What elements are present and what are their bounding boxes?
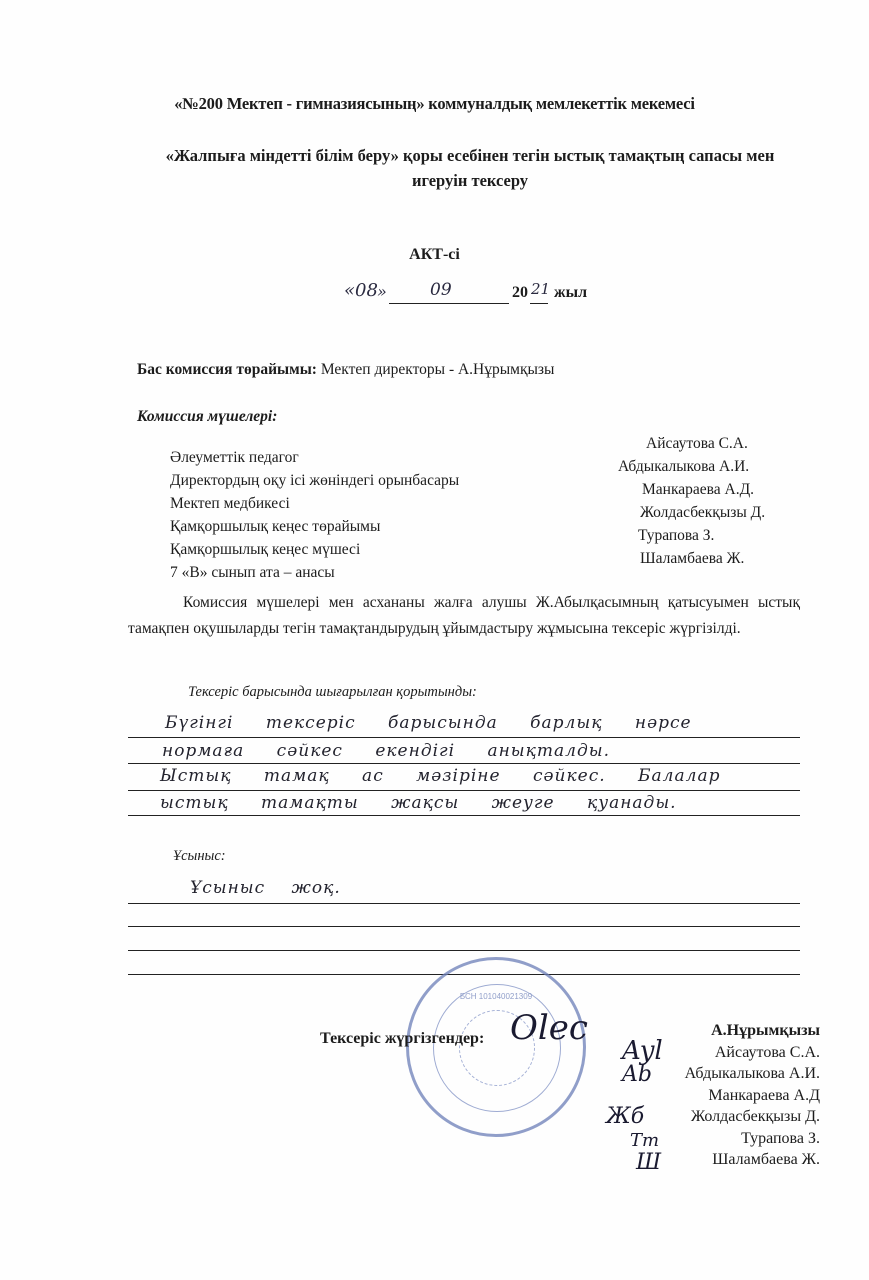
recommendation-line-2 xyxy=(128,926,800,927)
members-label: Комиссия мүшелері: xyxy=(137,408,277,426)
act-title: АКТ-сі xyxy=(0,246,869,264)
date-day: 08 xyxy=(355,280,378,301)
member-name: Манкараева А.Д. xyxy=(600,478,765,501)
date-year-word: жыл xyxy=(554,284,587,302)
commission-chair: Бас комиссия төрайымы: Мектеп директоры … xyxy=(137,361,554,379)
institution-title: «№200 Мектеп - гимназиясының» коммуналды… xyxy=(0,94,869,114)
conclusion-label: Тексеріс барысында шығарылған қорытынды: xyxy=(188,684,477,701)
signers-list: А.Нұрымқызы Айсаутова С.А. Абдыкалыкова … xyxy=(560,1020,820,1171)
member-name: Турапова З. xyxy=(600,524,765,547)
date-year-prefix: 20 xyxy=(512,284,528,302)
member-name: Айсаутова С.А. xyxy=(600,432,765,455)
recommendation-line-3 xyxy=(128,950,800,951)
signer-name: Айсаутова С.А. xyxy=(560,1042,820,1064)
conclusion-handwriting-3: Ыстық тамақ ас мәзіріне сәйкес. Балалар xyxy=(160,766,720,786)
signer-name: Жолдасбекқызы Д. xyxy=(560,1106,820,1128)
signer-name: А.Нұрымқызы xyxy=(560,1020,820,1042)
chair-value: Мектеп директоры - А.Нұрымқызы xyxy=(321,361,555,378)
chair-label: Бас комиссия төрайымы: xyxy=(137,361,317,378)
date-close-quote: » xyxy=(377,282,387,301)
member-role: 7 «В» сынып ата – анасы xyxy=(170,561,459,584)
date-month: 09 xyxy=(430,280,452,300)
member-name: Жолдасбекқызы Д. xyxy=(600,501,765,524)
act-date: « 08 » 09 20 21 жыл xyxy=(344,278,604,308)
signer-name: Абдыкалыкова А.И. xyxy=(560,1063,820,1085)
stamp-bin-text: БСН 101040021309 xyxy=(409,992,583,1001)
member-name: Абдыкалыкова А.И. xyxy=(600,455,765,478)
signer-name: Шаламбаева Ж. xyxy=(560,1149,820,1171)
date-year-suffix: 21 xyxy=(531,280,550,298)
conclusion-line-1 xyxy=(128,737,800,738)
recommendation-handwriting: Ұсыныс жоқ. xyxy=(190,878,341,898)
body-paragraph-text: Комиссия мүшелері мен асхананы жалға алу… xyxy=(128,594,800,637)
conclusion-handwriting-4: ыстық тамақты жақсы жеуге қуанады. xyxy=(160,793,677,813)
body-paragraph: Комиссия мүшелері мен асхананы жалға алу… xyxy=(128,590,800,642)
conclusion-line-4 xyxy=(128,815,800,816)
conclusion-handwriting-1: Бүгінгі тексеріс барысында барлық нәрсе xyxy=(165,713,692,733)
member-role: Әлеуметтік педагог xyxy=(170,446,459,469)
signer-name: Турапова З. xyxy=(560,1128,820,1150)
conclusion-handwriting-2: нормаға сәйкес екендігі анықталды. xyxy=(162,741,610,761)
date-month-underline xyxy=(389,303,509,304)
member-roles-list: Әлеуметтік педагог Директордың оқу ісі ж… xyxy=(170,446,459,584)
member-name: Шаламбаева Ж. xyxy=(600,547,765,570)
document-subject: «Жалпыға міндетті білім беру» қоры есебі… xyxy=(140,143,800,193)
recommendation-line-1 xyxy=(128,903,800,904)
conclusion-line-3 xyxy=(128,790,800,791)
member-role: Қамқоршылық кеңес төрайымы xyxy=(170,515,459,538)
date-open-quote: « xyxy=(344,280,355,301)
conclusion-line-2 xyxy=(128,763,800,764)
signer-name: Манкараева А.Д xyxy=(560,1085,820,1107)
member-role: Мектеп медбикесі xyxy=(170,492,459,515)
member-role: Директордың оқу ісі жөніндегі орынбасары xyxy=(170,469,459,492)
member-role: Қамқоршылық кеңес мүшесі xyxy=(170,538,459,561)
date-year-underline xyxy=(530,303,548,304)
member-names-list: Айсаутова С.А. Абдыкалыкова А.И. Манкара… xyxy=(600,432,765,570)
recommendation-label: Ұсыныс: xyxy=(173,848,226,865)
signers-label: Тексеріс жүргізгендер: xyxy=(320,1030,484,1048)
